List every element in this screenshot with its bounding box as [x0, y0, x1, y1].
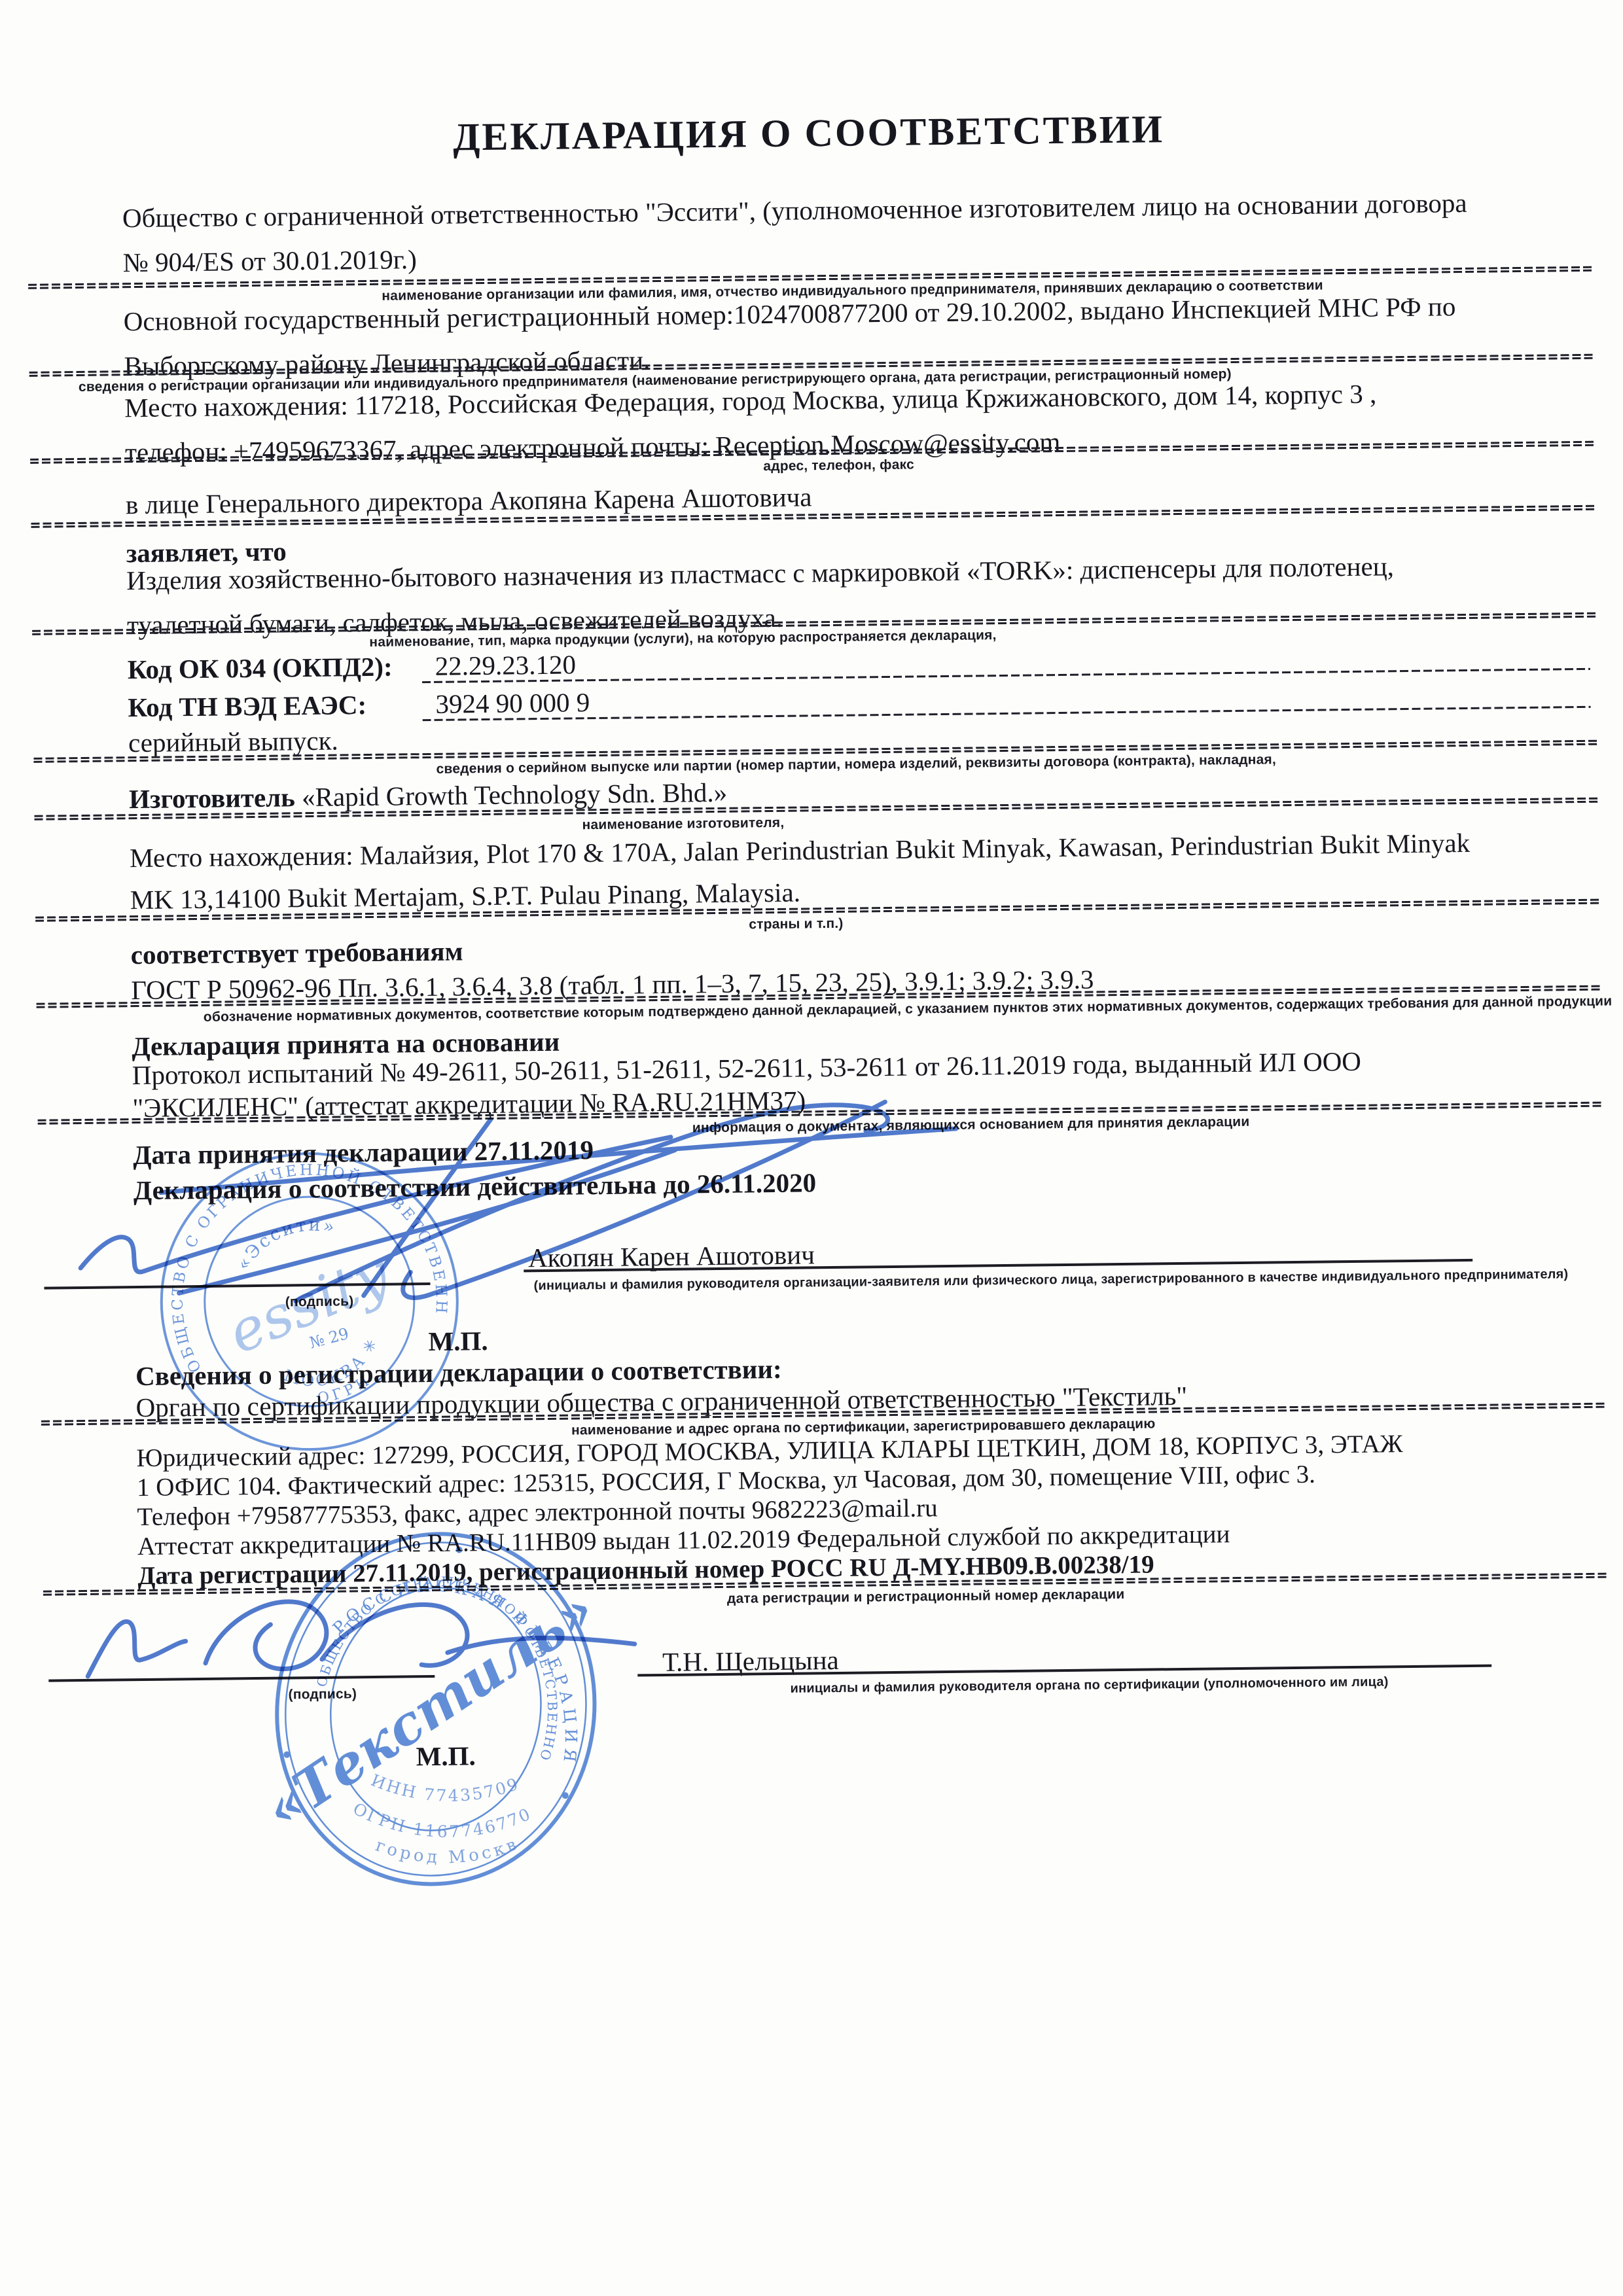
ink-signatures-overlay [0, 0, 1623, 2296]
applicant-signature-stroke-6 [362, 1120, 493, 1296]
certifier-signature-stroke-2 [205, 1601, 327, 1670]
certifier-signature-stroke-3 [321, 1604, 467, 1667]
applicant-signature-stroke-2 [177, 1150, 676, 1294]
document-content: ДЕКЛАРАЦИЯ О СООТВЕТСТВИИ Общество с огр… [0, 0, 1623, 2296]
applicant-signature-stroke-4 [401, 1102, 887, 1298]
declaration-document: ДЕКЛАРАЦИЯ О СООТВЕТСТВИИ Общество с огр… [0, 0, 1623, 2296]
certifier-signature-stroke-1 [87, 1621, 186, 1676]
certifier-signature-stroke-4 [448, 1637, 635, 1653]
